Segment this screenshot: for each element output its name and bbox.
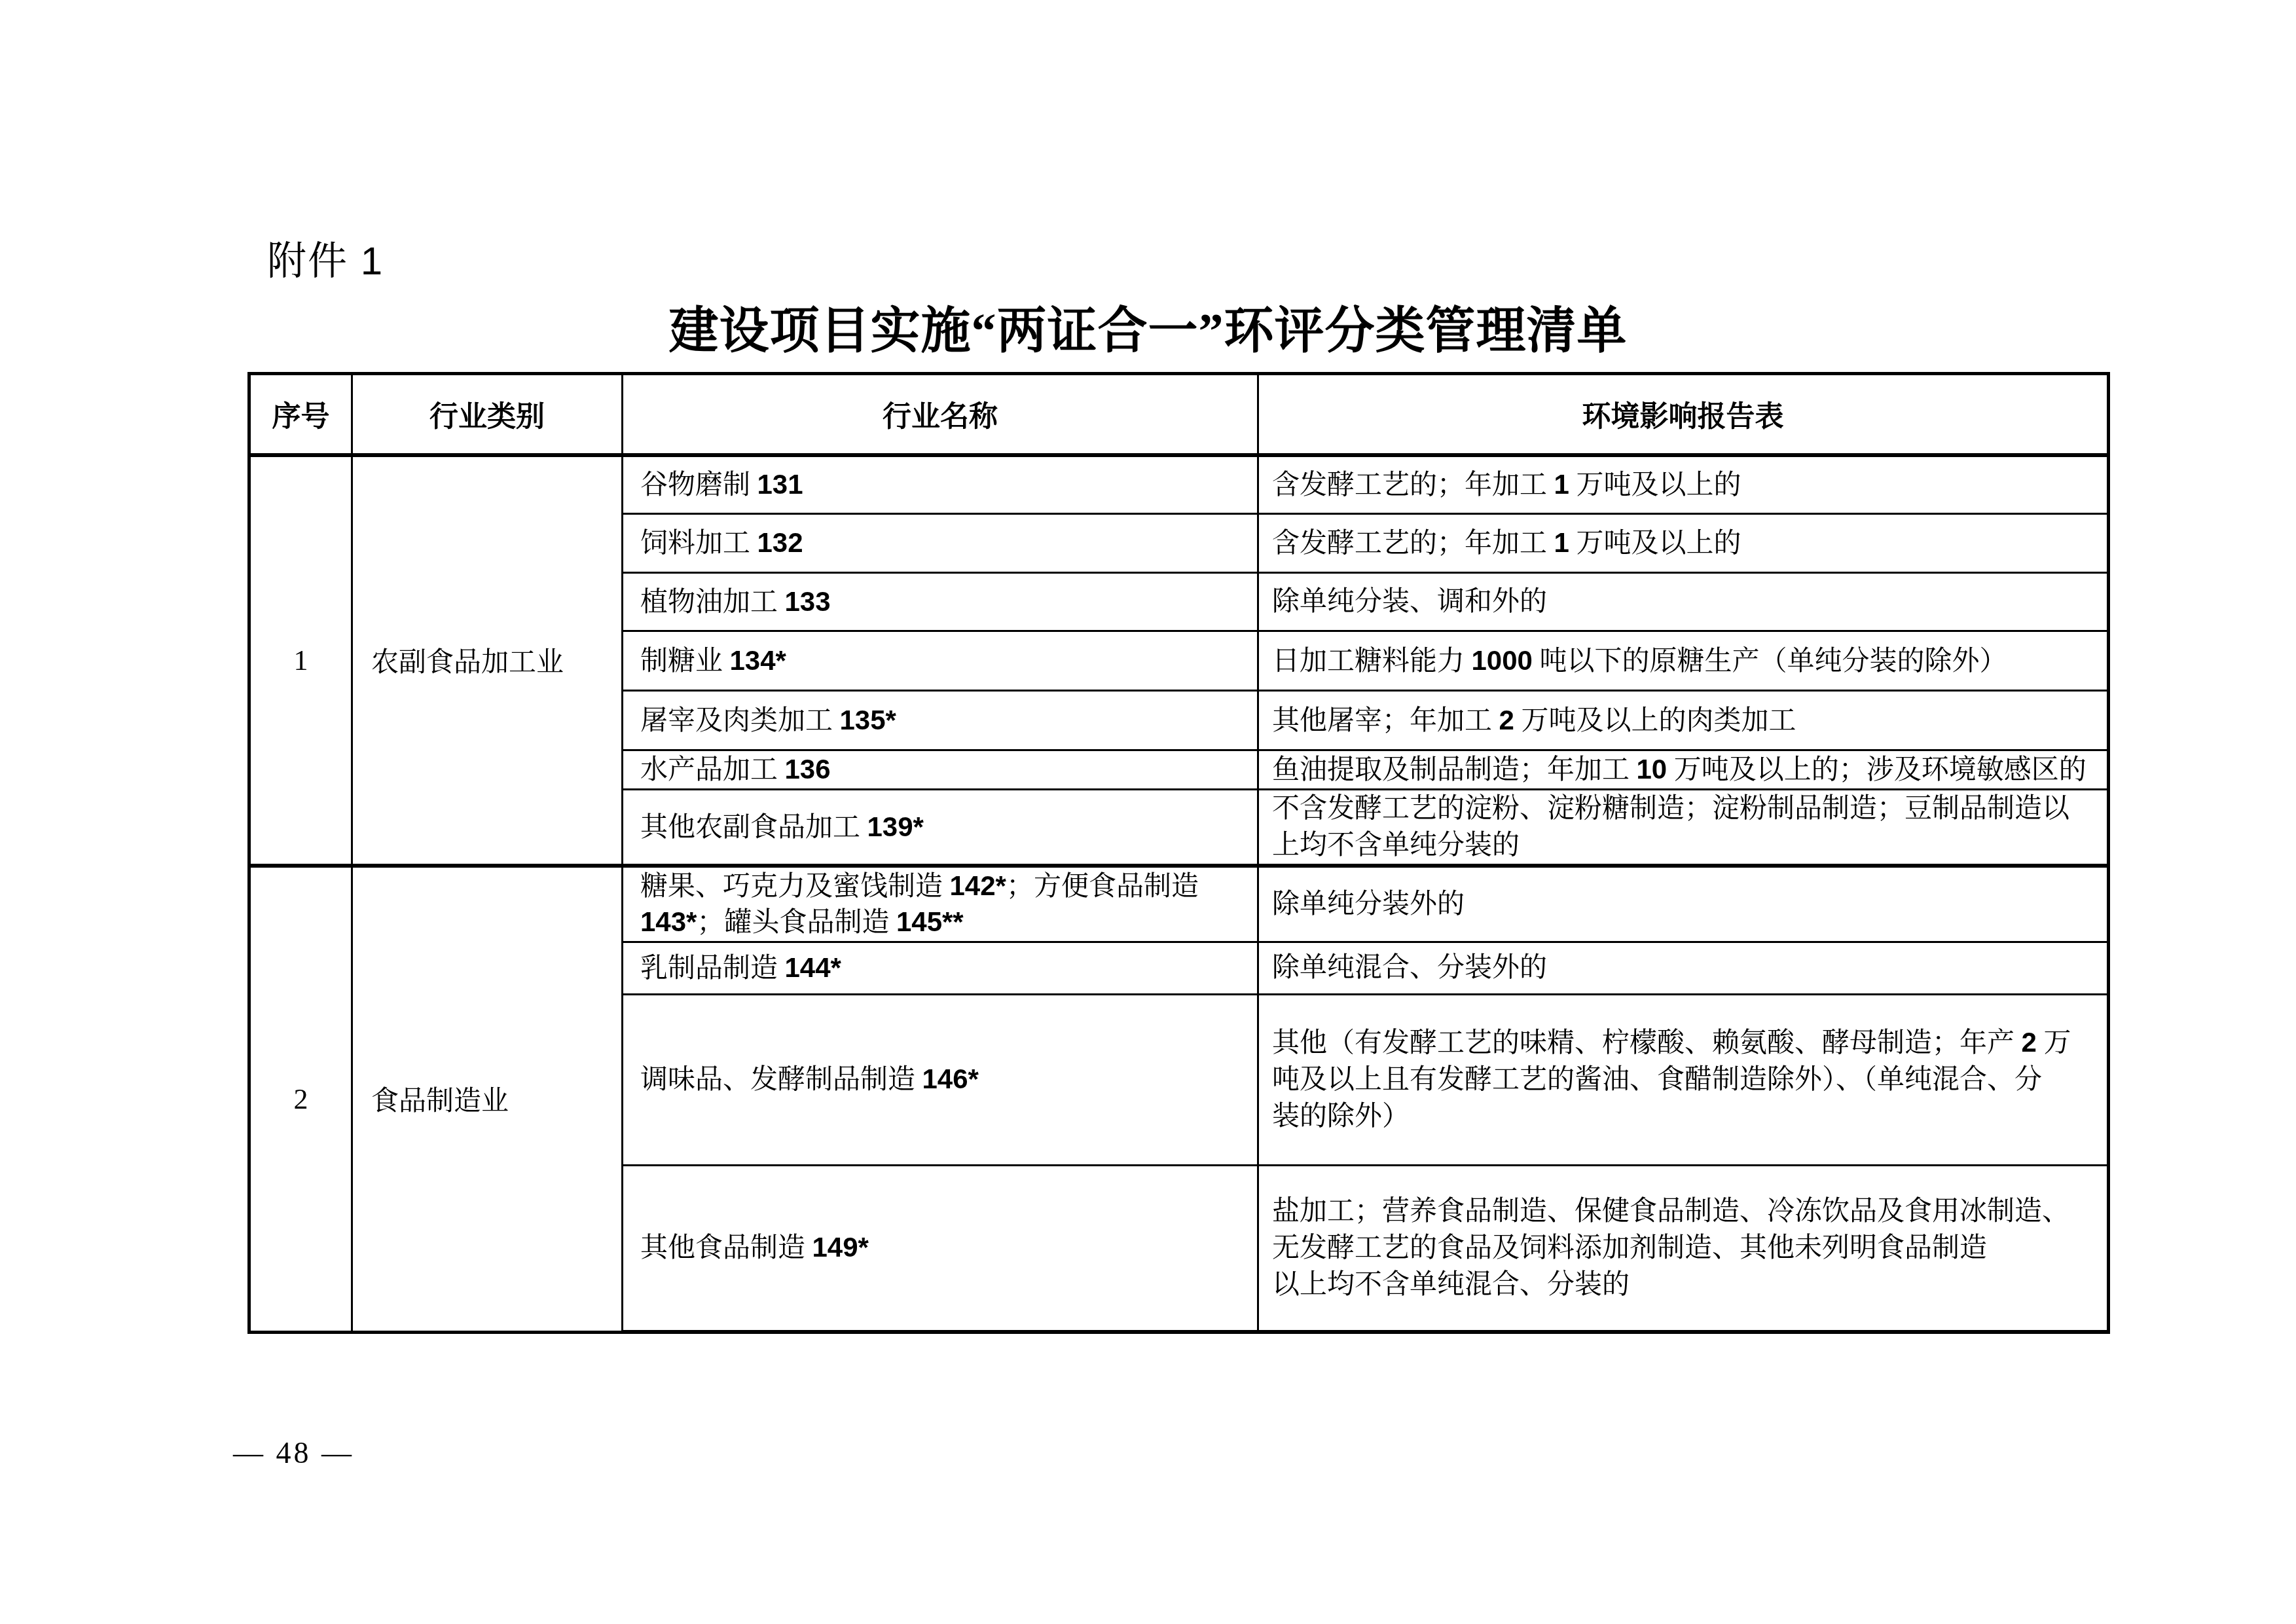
group-2-category: 食品制造业 xyxy=(352,866,623,1332)
industry-name-cell: 乳制品制造 144* xyxy=(623,942,1258,994)
report-cell: 不含发酵工艺的淀粉、淀粉糖制造；淀粉制品制造；豆制品制造以上均不含单纯分装的 xyxy=(1258,790,2109,866)
industry-name-cell: 制糖业 134* xyxy=(623,631,1258,691)
report-cell: 鱼油提取及制品制造；年加工 10 万吨及以上的；涉及环境敏感区的 xyxy=(1258,750,2109,790)
industry-name-cell: 植物油加工 133 xyxy=(623,573,1258,631)
industry-name-cell: 谷物磨制 131 xyxy=(623,455,1258,514)
page-title: 建设项目实施“两证合一”环评分类管理清单 xyxy=(0,304,2296,359)
report-cell: 日加工糖料能力 1000 吨以下的原糖生产（单纯分装的除外） xyxy=(1258,631,2109,691)
table-row: 1 农副食品加工业 谷物磨制 131 含发酵工艺的；年加工 1 万吨及以上的 xyxy=(249,455,2109,514)
report-cell: 含发酵工艺的；年加工 1 万吨及以上的 xyxy=(1258,455,2109,514)
table-header-row: 序号 行业类别 行业名称 环境影响报告表 xyxy=(249,374,2109,455)
report-cell: 盐加工；营养食品制造、保健食品制造、冷冻饮品及食用冰制造、无发酵工艺的食品及饲料… xyxy=(1258,1165,2109,1332)
header-industry-name: 行业名称 xyxy=(623,374,1258,455)
industry-name-cell: 屠宰及肉类加工 135* xyxy=(623,691,1258,750)
attachment-label: 附件 1 xyxy=(267,240,384,283)
group-1-number: 1 xyxy=(249,455,352,866)
report-cell: 含发酵工艺的；年加工 1 万吨及以上的 xyxy=(1258,514,2109,573)
report-cell: 其他屠宰；年加工 2 万吨及以上的肉类加工 xyxy=(1258,691,2109,750)
industry-name-cell: 饲料加工 132 xyxy=(623,514,1258,573)
group-2-number: 2 xyxy=(249,866,352,1332)
page-number: — 48 — xyxy=(233,1435,354,1470)
industry-name-cell: 其他食品制造 149* xyxy=(623,1165,1258,1332)
header-category: 行业类别 xyxy=(352,374,623,455)
industry-name-cell: 水产品加工 136 xyxy=(623,750,1258,790)
table-row: 2 食品制造业 糖果、巧克力及蜜饯制造 142*；方便食品制造143*；罐头食品… xyxy=(249,866,2109,942)
group-1-category: 农副食品加工业 xyxy=(352,455,623,866)
report-cell: 除单纯分装外的 xyxy=(1258,866,2109,942)
industry-name-cell: 其他农副食品加工 139* xyxy=(623,790,1258,866)
report-cell: 其他（有发酵工艺的味精、柠檬酸、赖氨酸、酵母制造；年产 2 万吨及以上且有发酵工… xyxy=(1258,994,2109,1165)
header-report: 环境影响报告表 xyxy=(1258,374,2109,455)
industry-name-cell: 糖果、巧克力及蜜饯制造 142*；方便食品制造143*；罐头食品制造 145** xyxy=(623,866,1258,942)
report-cell: 除单纯混合、分装外的 xyxy=(1258,942,2109,994)
document-page: 附件 1 建设项目实施“两证合一”环评分类管理清单 序号 行业类别 行业名称 环… xyxy=(0,0,2296,1624)
classification-table: 序号 行业类别 行业名称 环境影响报告表 1 农副食品加工业 谷物磨制 131 … xyxy=(247,372,2110,1334)
industry-name-cell: 调味品、发酵制品制造 146* xyxy=(623,994,1258,1165)
report-cell: 除单纯分装、调和外的 xyxy=(1258,573,2109,631)
header-no: 序号 xyxy=(249,374,352,455)
